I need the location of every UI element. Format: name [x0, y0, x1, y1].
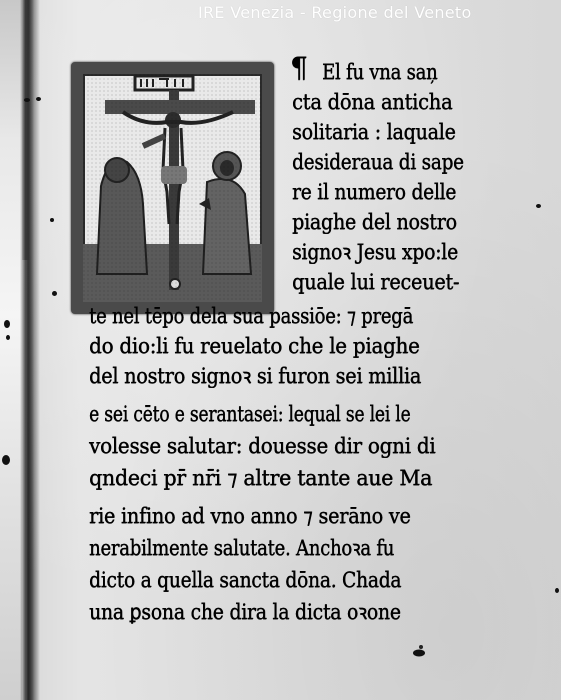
text-line: rie infino ad vno anno ⁊ serāno ve: [89, 502, 411, 530]
ink-speck: [4, 320, 10, 328]
document-page: IRE Venezia - Regione del Veneto: [0, 0, 561, 700]
text-line: nerabilmente salutate. Anchoꝛa fu: [89, 534, 394, 562]
text-line: una ꝑsona che dira la dicta oꝛone: [89, 598, 401, 626]
text-line: e sei cēto e serantasei: lequal se lei l…: [89, 400, 410, 428]
text-line: solitaria : laquale: [292, 118, 456, 146]
text-line: dicto a quella sancta dōna. Chada: [89, 566, 401, 594]
crucifixion-illustration-icon: [83, 74, 262, 302]
text-line: re il numero delle: [292, 178, 456, 206]
text-line: qndeci pr̄ nr̄i ⁊ altre tante aue Ma: [89, 464, 432, 492]
text-line: desideraua di sape: [292, 148, 464, 176]
ink-speck: [24, 98, 30, 102]
ink-speck: [52, 291, 57, 296]
ink-blot-icon: [412, 645, 428, 657]
text-line: signoꝛ Jesu xpo:le: [292, 238, 458, 266]
ink-speck: [50, 218, 54, 222]
pilcrow-initial-icon: ¶: [290, 51, 306, 84]
text-line: El fu vna saņ: [322, 58, 437, 86]
ink-speck: [536, 204, 541, 208]
page-left-edge: [0, 0, 22, 700]
text-line: volesse salutar: douesse dir ogni di: [89, 432, 435, 460]
ink-speck: [6, 335, 10, 340]
text-initial: ¶: [290, 54, 306, 84]
ink-speck: [2, 455, 10, 465]
text-line: cta dōna anticha: [292, 88, 452, 116]
text-line: te nel tēpo dela sua passiōe: ⁊ pregā: [89, 302, 413, 330]
watermark-text: IRE Venezia - Regione del Veneto: [198, 3, 472, 22]
ink-speck: [36, 97, 41, 101]
crucifixion-woodcut: [71, 62, 274, 314]
text-line: quale lui receuet-: [292, 268, 459, 296]
text-line: do dio:li fu reuelato che le piaghe: [89, 332, 420, 360]
ink-speck: [555, 588, 559, 593]
binding-gutter: [20, 0, 34, 700]
text-line: del nostro signoꝛ si furon sei millia: [89, 362, 421, 390]
text-line: piaghe del nostro: [292, 208, 457, 236]
